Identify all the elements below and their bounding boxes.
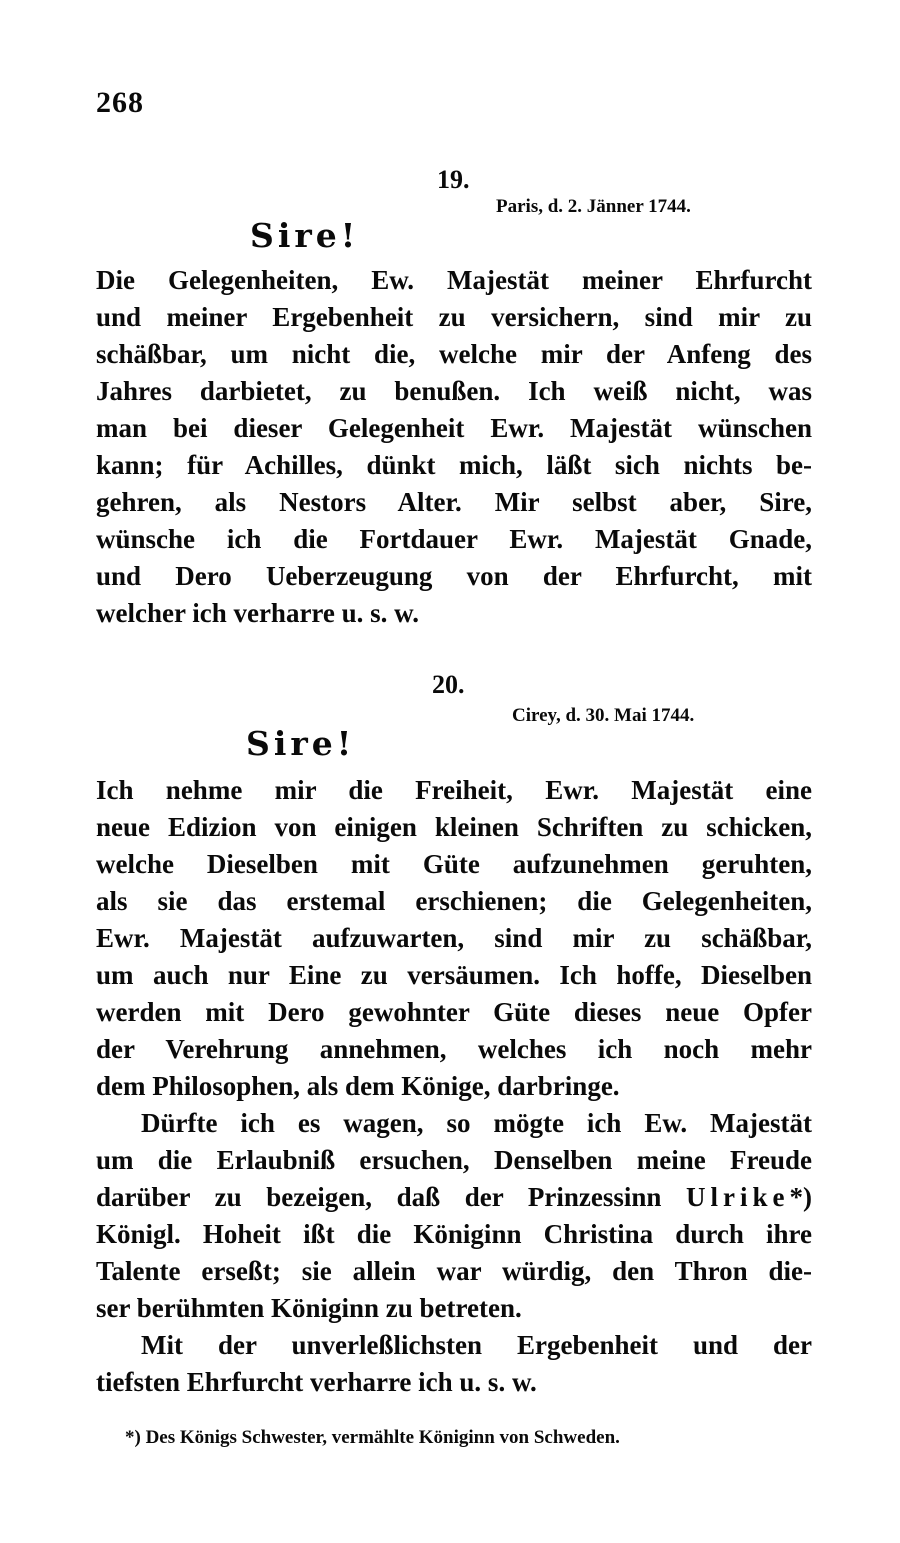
- text-line: Jahres darbietet, zu benußen. Ich weiß n…: [96, 373, 812, 410]
- text-line: werden mit Dero gewohnter Güte dieses ne…: [96, 994, 812, 1031]
- letter-19-body: Die Gelegenheiten, Ew. Majestät meiner E…: [96, 262, 812, 632]
- text-line: als sie das erstemal erschienen; die Gel…: [96, 883, 812, 920]
- footnote: *) Des Königs Schwester, vermählte König…: [125, 1427, 837, 1449]
- text-line: welcher ich verharre u. s. w.: [96, 595, 812, 632]
- text-line: ser berühmten Königinn zu betreten.: [96, 1290, 812, 1327]
- text-line: und meiner Ergebenheit zu versichern, si…: [96, 299, 812, 336]
- text-line: um die Erlaubniß ersuchen, Denselben mei…: [96, 1142, 812, 1179]
- text-line: gehren, als Nestors Alter. Mir selbst ab…: [96, 484, 812, 521]
- text-line: tiefsten Ehrfurcht verharre ich u. s. w.: [96, 1364, 812, 1401]
- dateline-letter-19: Paris, d. 2. Jänner 1744.: [496, 196, 691, 218]
- letter-20-body: Ich nehme mir die Freiheit, Ewr. Majestä…: [96, 772, 812, 1401]
- letter-number-20: 20.: [432, 670, 465, 700]
- text-line: Ewr. Majestät aufzuwarten, sind mir zu s…: [96, 920, 812, 957]
- salutation-letter-20: Sire!: [246, 724, 355, 763]
- book-page: 268 19. Paris, d. 2. Jänner 1744. Sire! …: [0, 0, 900, 1543]
- text-line: wünsche ich die Fortdauer Ewr. Majestät …: [96, 521, 812, 558]
- page-number: 268: [96, 86, 144, 120]
- letter-number-19: 19.: [437, 165, 470, 195]
- text-line: Talente erseßt; sie allein war würdig, d…: [96, 1253, 812, 1290]
- footnote-marker: *): [790, 1182, 813, 1212]
- text-line-with-name: darüber zu bezeigen, daß der Prinzessinn…: [96, 1179, 812, 1216]
- text-line: Königl. Hoheit ißt die Königinn Christin…: [96, 1216, 812, 1253]
- salutation-letter-19: Sire!: [250, 216, 359, 255]
- spaced-name-ulrike: Ulrike: [686, 1182, 790, 1212]
- text-line: um auch nur Eine zu versäumen. Ich hoffe…: [96, 957, 812, 994]
- text-line: Dürfte ich es wagen, so mögte ich Ew. Ma…: [96, 1105, 812, 1142]
- text-line: kann; für Achilles, dünkt mich, läßt sic…: [96, 447, 812, 484]
- text-line: Die Gelegenheiten, Ew. Majestät meiner E…: [96, 262, 812, 299]
- text-line: welche Dieselben mit Güte aufzunehmen ge…: [96, 846, 812, 883]
- text-line: Ich nehme mir die Freiheit, Ewr. Majestä…: [96, 772, 812, 809]
- text-segment: darüber zu bezeigen, daß der Prinzessinn: [96, 1182, 661, 1212]
- text-line: neue Edizion von einigen kleinen Schrift…: [96, 809, 812, 846]
- text-line: der Verehrung annehmen, welches ich noch…: [96, 1031, 812, 1068]
- text-line: Mit der unverleßlichsten Ergebenheit und…: [96, 1327, 812, 1364]
- text-line: und Dero Ueberzeugung von der Ehrfurcht,…: [96, 558, 812, 595]
- dateline-letter-20: Cirey, d. 30. Mai 1744.: [512, 705, 694, 727]
- text-line: man bei dieser Gelegenheit Ewr. Majestät…: [96, 410, 812, 447]
- text-line: schäßbar, um nicht die, welche mir der A…: [96, 336, 812, 373]
- text-line: dem Philosophen, als dem Könige, darbrin…: [96, 1068, 812, 1105]
